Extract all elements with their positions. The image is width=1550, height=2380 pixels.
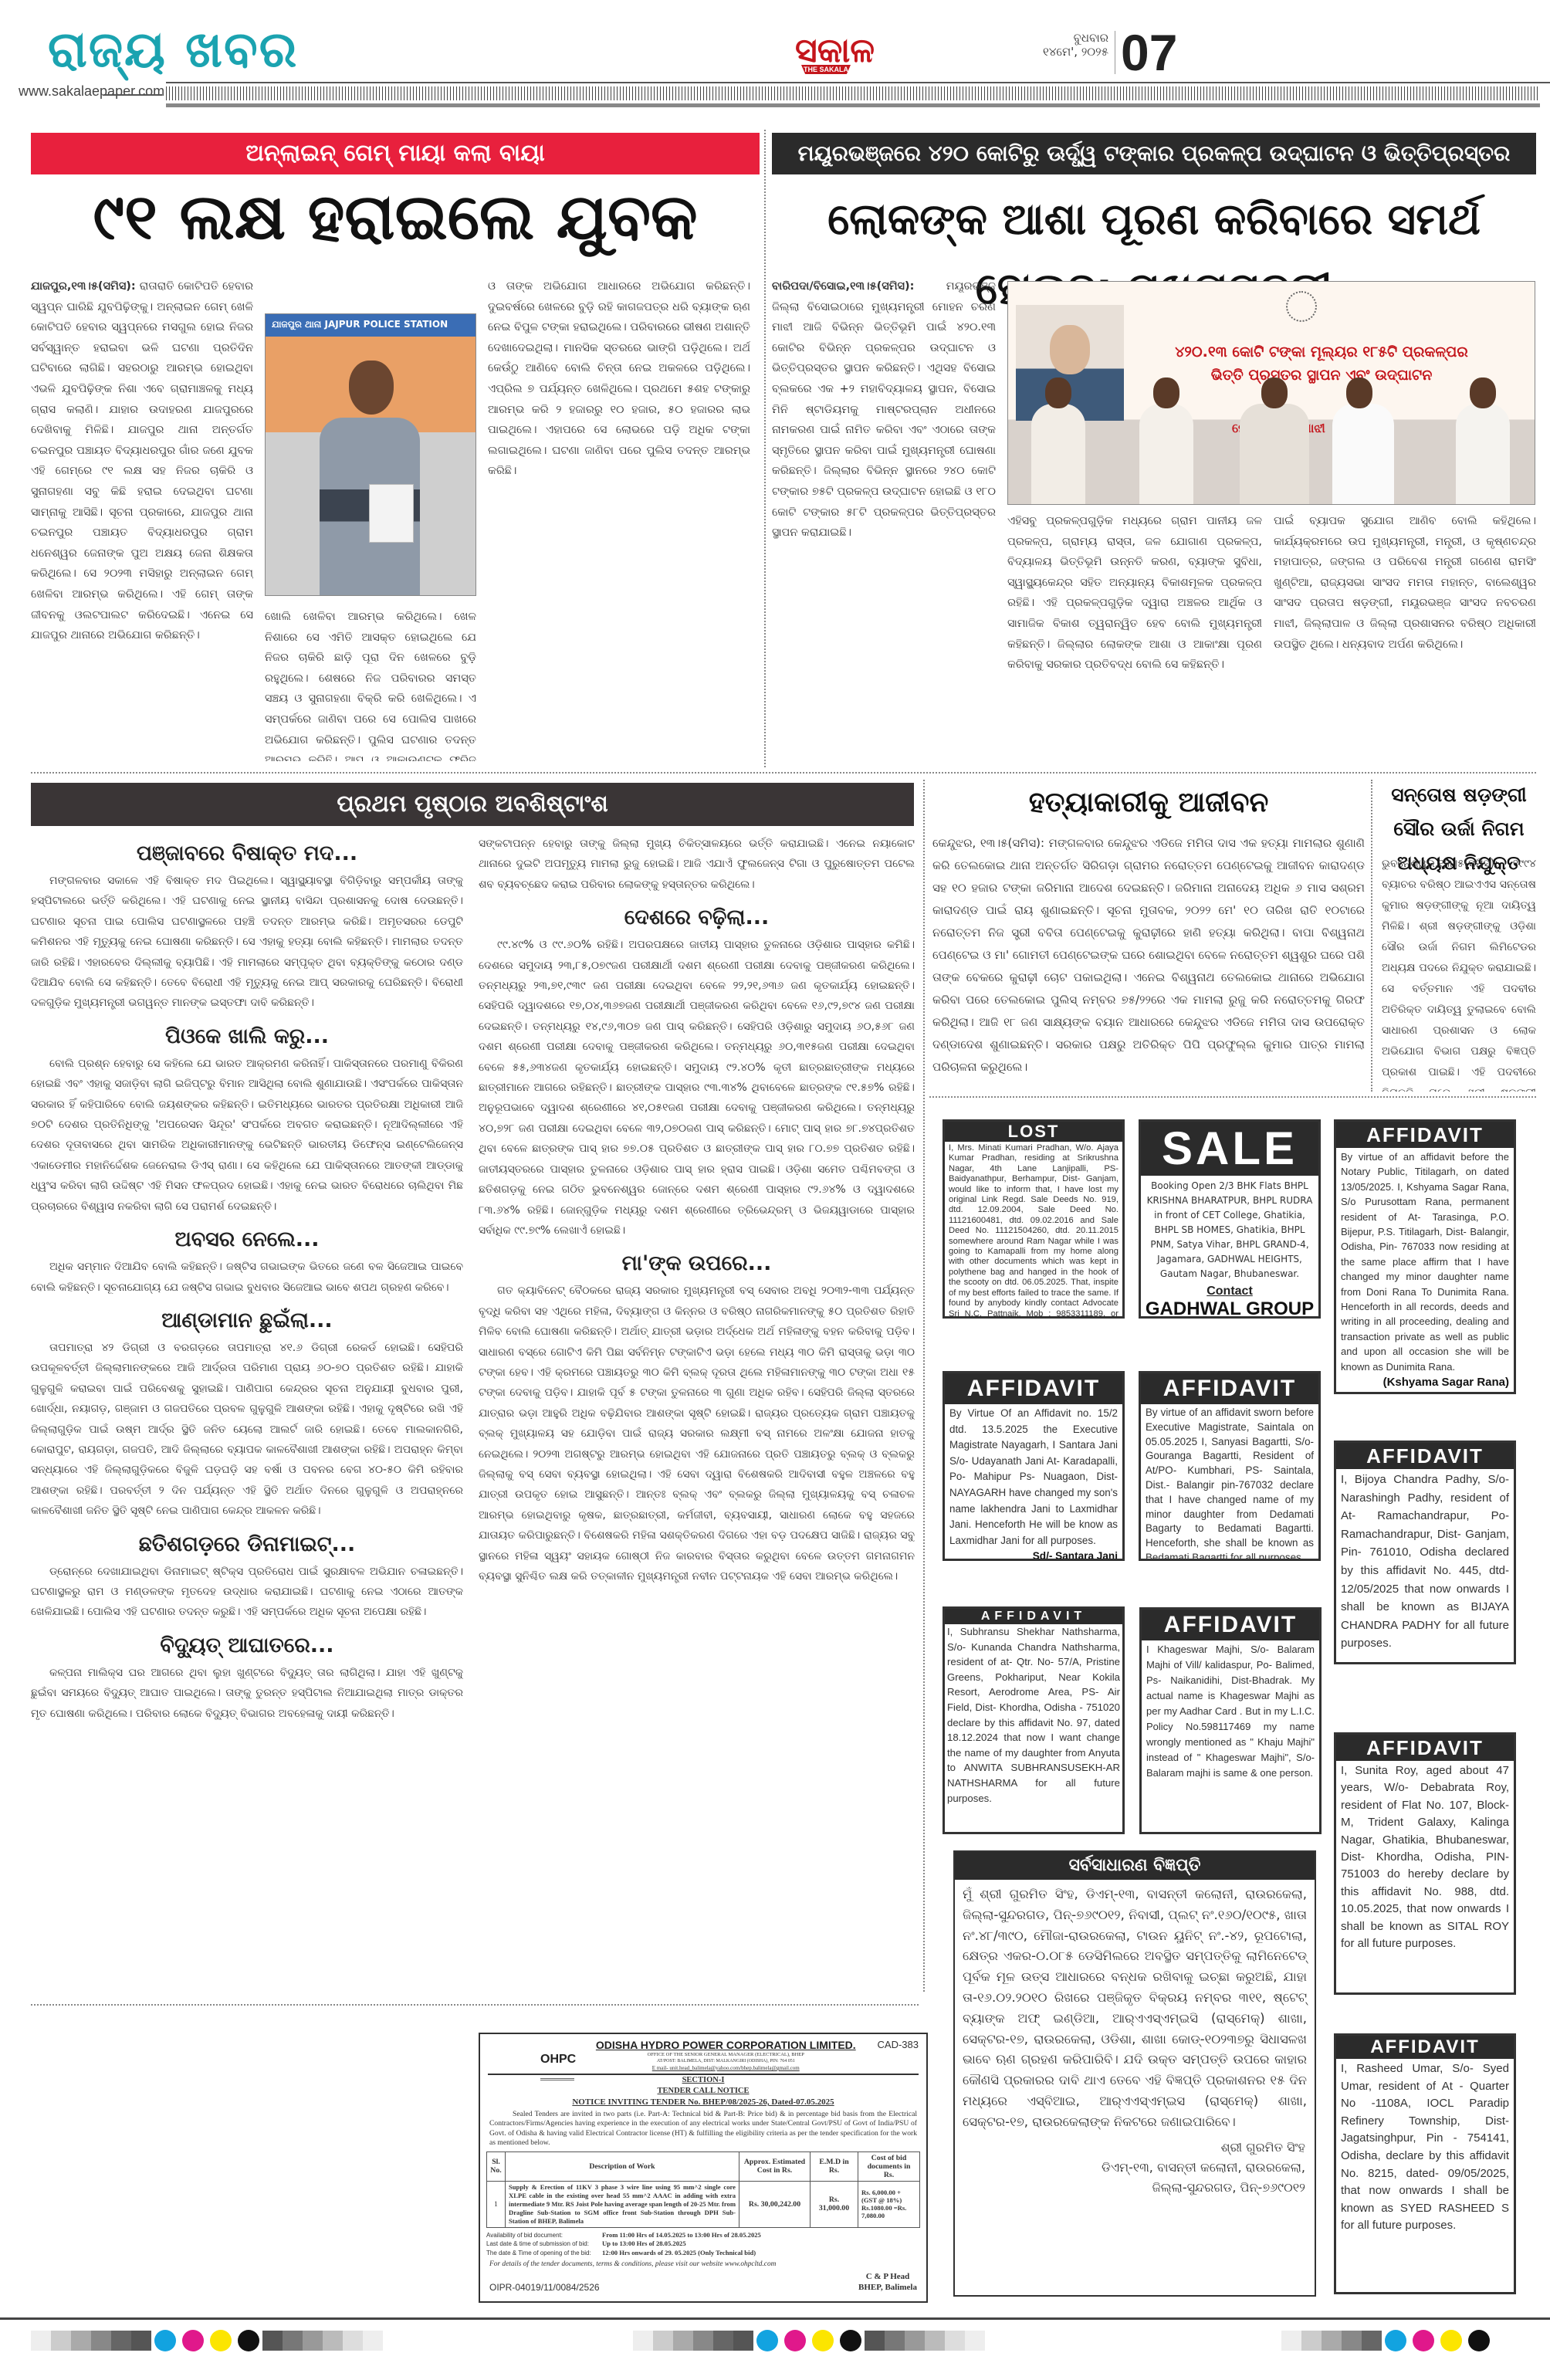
event-person <box>1456 404 1510 504</box>
cyan-dot <box>1385 2330 1406 2351</box>
affidavit-text: I, Sunita Roy, aged about 47 years, W/o-… <box>1336 1761 1514 1954</box>
tender-table: Sl. No. Description of Work Approx. Esti… <box>486 2151 920 2228</box>
remainder-heading[interactable]: ପିଓକେ ଖାଲି କରୁ... <box>31 1024 463 1049</box>
sale-ad-contact-label: Contact <box>1141 1285 1318 1298</box>
event-person <box>1139 404 1193 504</box>
remainder-heading[interactable]: ଛତିଶଗଡ଼ରେ ଡିନାମାଇଟ୍... <box>31 1532 463 1557</box>
affidavit-title: AFFIDAVIT <box>1336 1122 1514 1148</box>
side-story-text: ଭୁବନେଶ୍ୱର,୧୩।୫(ସମିସ): ୧୯୯୪ ବ୍ୟାଚର ବରିଷ୍ଠ… <box>1382 854 1536 1092</box>
public-notice-text: ମୁଁ ଶ୍ରୀ ଗୁରମିତ ସିଂହ, ଡିଏମ୍-୧୩, ବାସନ୍ତୀ … <box>955 1880 1315 2138</box>
story-left-col3: ଓ ତାଙ୍କ ଅଭିଯୋଗ ଆଧାରରେ ଅଭିଯୋଗ କରିଛନ୍ତି। ଦ… <box>488 276 750 763</box>
story-left-headline[interactable]: ୯୧ ଲକ୍ଷ ହରାଇଲେ ଯୁବକ <box>31 179 760 256</box>
remainder-text: ଅଧିକ ସମ୍ମାନ ଦିଆଯିବ ବୋଲି କହିଛନ୍ତି। ଜଷ୍ଟିସ… <box>31 1257 463 1298</box>
remainder-text: କଳ୍ପନା ମାଲିକ୍ସ ଘର ଆଗରେ ଥିବା ଲୁହା ଖୁଣ୍ଟରେ… <box>31 1663 463 1724</box>
affidavit-text: I, Subhransu Shekhar Nathsharma, S/o- Ku… <box>945 1624 1122 1806</box>
yellow-dot <box>210 2330 232 2351</box>
document-held <box>369 484 414 543</box>
affidavit-title: AFFIDAVIT <box>1141 1373 1318 1404</box>
logo-tagline: THE SAKALA <box>801 65 851 74</box>
remainder-heading[interactable]: ପଞ୍ଜାବରେ ବିଷାକ୍ତ ମଦ... <box>31 841 463 866</box>
affidavit-ad[interactable]: AFFIDAVIT I, Rasheed Umar, S/o- Syed Uma… <box>1334 2033 1516 2294</box>
yellow-dot <box>812 2330 834 2351</box>
murder-story-headline[interactable]: ହତ୍ୟାକାରୀକୁ ଆଜୀବନ <box>932 780 1365 826</box>
url-divider <box>103 94 162 96</box>
lost-ad[interactable]: LOST I, Mrs. Minati Kumari Pradhan, W/o.… <box>943 1119 1125 1319</box>
tender-divider <box>31 2004 919 2006</box>
event-person <box>1332 404 1394 504</box>
remainder-text: ବୋଲି ପ୍ରଶ୍ନ ହେବାରୁ ସେ କହିଲେ ଯେ ଭାରତ ଆକ୍ର… <box>31 1054 463 1217</box>
newspaper-logo: ସକାଳ <box>795 31 875 70</box>
story-right-col2: ଏହିସବୁ ପ୍ରକଳ୍ପଗୁଡ଼ିକ ମଧ୍ୟରେ ଗ୍ରାମ ପାନୀୟ … <box>1007 511 1262 763</box>
story-left-col2: ଖୋଲି ଖେଳିବା ଆରମ୍ଭ କରିଥିଲେ। ଖେଳ ନିଶାରେ ସେ… <box>265 607 476 761</box>
state-emblem-icon <box>1286 291 1317 322</box>
remainder-text: ଡ୍ରୋନ୍‌ରେ ଦେଖାଯାଇଥିବା ଡିନାମାଇଟ୍ ଷ୍ଟିକ୍ସ … <box>31 1562 463 1623</box>
tender-oipr-code: OIPR-04019/11/0084/2526 <box>489 2282 600 2293</box>
remainder-right-column: ସଙ୍କଟାପନ୍ନ ହେବାରୁ ତାଙ୍କୁ ଜିଲ୍ଲା ମୁଖ୍ୟ ଚି… <box>479 834 915 1976</box>
magenta-dot <box>1413 2330 1434 2351</box>
event-banner: ୪୨୦.୧୩ କୋଟି ଟଙ୍କା ମୂଲ୍ୟର ୧୮୫ଟି ପ୍ରକଳ୍ପର … <box>1124 340 1519 387</box>
header-rule <box>166 82 1550 83</box>
ohpc-logo-icon: OHPC <box>540 2039 574 2080</box>
remainder-text: ୯୯.୪୯% ଓ ୯୯.୬୦% ରହିଛି। ଅପରପକ୍ଷରେ ଜାତୀୟ ପ… <box>479 935 915 1241</box>
public-notice-title: ସର୍ବସାଧାରଣ ବିଜ୍ଞପ୍ତି <box>955 1852 1315 1880</box>
column-divider <box>923 780 925 1992</box>
header-barcode-stripe <box>166 86 1540 100</box>
story-right-dateline: ବାରିପଦା/ବିସୋଇ,୧୩।୫(ସମିସ): <box>772 280 914 293</box>
lost-ad-title: LOST <box>945 1122 1122 1142</box>
sale-ad-text: Booking Open 2/3 BHK Flats BHPL KRISHNA … <box>1141 1176 1318 1285</box>
section-title: ରାଜ୍ୟ ଖବର <box>48 22 298 79</box>
affidavit-title: AFFIDAVIT <box>1336 1735 1514 1761</box>
public-notice-signature: ଶ୍ରୀ ଗୁରମିତ ସିଂହ ଡିଏମ୍-୧୩, ବାସନ୍ତୀ କଲୋନୀ… <box>955 2138 1315 2198</box>
cyan-dot <box>154 2330 176 2351</box>
story-left-kicker: ଅନ୍‌ଲାଇନ୍ ଗେମ୍ ମାୟା କଲା ବାୟା <box>31 133 760 174</box>
page-number-divider <box>1115 31 1115 74</box>
magenta-dot <box>784 2330 806 2351</box>
tender-email[interactable]: E mail- unit.head_balimela@yahoo.com/bhe… <box>580 2064 871 2072</box>
remainder-heading[interactable]: ଦେଶରେ ବଢ଼ିଲା... <box>479 906 915 930</box>
story-left-col1: ଯାଜପୁର,୧୩।୫(ସମିସ): ରାତାରାତି କୋଟିପତି ହେବା… <box>31 276 253 763</box>
tender-col-header: E.M.D in Rs. <box>811 2151 858 2181</box>
affidavit-title: AFFIDAVIT <box>1336 2036 1514 2059</box>
issue-day: ବୁଧବାର <box>1065 31 1108 45</box>
remainder-heading[interactable]: ଅବସର ନେଲେ... <box>31 1227 463 1252</box>
black-dot <box>1468 2330 1490 2351</box>
remainder-heading[interactable]: ବିଦ୍ୟୁତ୍ ଆଘାତରେ... <box>31 1633 463 1658</box>
ads-divider <box>929 1096 1536 1098</box>
magenta-dot <box>182 2330 204 2351</box>
section-divider <box>31 772 1536 774</box>
tender-schedule: Availability of bid document:From 11:00 … <box>480 2229 926 2260</box>
color-registration-strip <box>633 2330 985 2351</box>
affidavit-ad[interactable]: AFFIDAVIT I, Bijoya Chandra Padhy, S/o- … <box>1334 1441 1516 1664</box>
public-notice-address1: ଡିଏମ୍-୧୩, ବାସନ୍ତୀ କଲୋନୀ, ରାଉରକେଲା, <box>964 2158 1305 2178</box>
tender-schedule-row: Last date & time of submission of bid:Up… <box>486 2240 920 2249</box>
issue-date: ବୁଧବାର ୧୪ମେ', ୨୦୨୫ <box>1065 31 1108 59</box>
story-right-photo[interactable]: ୪୨୦.୧୩ କୋଟି ଟଙ୍କା ମୂଲ୍ୟର ୧୮୫ଟି ପ୍ରକଳ୍ପର … <box>1007 281 1535 505</box>
remainder-text: ସଙ୍କଟାପନ୍ନ ହେବାରୁ ତାଙ୍କୁ ଜିଲ୍ଲା ମୁଖ୍ୟ ଚି… <box>479 834 915 895</box>
tender-nit-number: NOTICE INVITING TENDER No. BHEP/08/2025-… <box>480 2097 926 2108</box>
sale-ad-title: SALE <box>1141 1122 1318 1176</box>
story-right-kicker: ମୟୂରଭଞ୍ଜରେ ୪୨୦ କୋଟିରୁ ଊର୍ଦ୍ଧ୍ୱ ଟଙ୍କାର ପ୍… <box>772 133 1536 174</box>
tender-cad-number: CAD-383 <box>878 2039 919 2050</box>
black-dot <box>238 2330 259 2351</box>
remainder-left-column: ପଞ୍ଜାବରେ ବିଷାକ୍ତ ମଦ... ମଙ୍ଗଳବାର ସକାଳେ ଏହ… <box>31 834 463 1992</box>
remainder-text: ତାପମାତ୍ରା ୪୨ ଡିଗ୍ରୀ ଓ ବରଗଡ଼ରେ ତାପମାତ୍ରା … <box>31 1338 463 1522</box>
sale-ad-company: GADHWAL GROUP <box>1141 1298 1318 1319</box>
tender-col-header: Sl. No. <box>487 2151 506 2181</box>
story-left-dateline: ଯାଜପୁର,୧୩।୫(ସମିସ): <box>31 280 136 293</box>
tender-schedule-row: Availability of bid document:From 11:00 … <box>486 2231 920 2240</box>
tender-notice[interactable]: OHPC ODISHA HYDRO POWER CORPORATION LIMI… <box>479 2033 928 2303</box>
tender-intro: Sealed Tenders are invited in two parts … <box>480 2108 926 2150</box>
story-left-col1-text: ରାତାରାତି କୋଟିପତି ହେବାର ସ୍ୱପ୍ନ ଘାରିଛି ଯୁବ… <box>31 280 253 642</box>
police-station-sign: ଯାଜପୁର ଥାନା JAJPUR POLICE STATION <box>272 319 469 330</box>
public-notice-ad[interactable]: ସର୍ବସାଧାରଣ ବିଜ୍ଞପ୍ତି ମୁଁ ଶ୍ରୀ ଗୁରମିତ ସିଂ… <box>953 1850 1316 2297</box>
affidavit-title: AFFIDAVIT <box>945 1373 1122 1404</box>
tender-col-header: Cost of bid documents in Rs. <box>858 2151 920 2181</box>
affidavit-ad[interactable]: AFFIDAVIT By Virtue Of an Affidavit no. … <box>943 1371 1125 1561</box>
column-divider <box>1371 780 1372 1092</box>
tender-details[interactable]: For details of the tender documents, ter… <box>480 2259 926 2270</box>
remainder-text: ମଙ୍ଗଳବାର ସକାଳେ ଏହି ବିଷାକ୍ତ ମଦ ପିଇଥିଲେ। ସ… <box>31 871 463 1014</box>
story-right-col1: ବାରିପଦା/ବିସୋଇ,୧୩।୫(ସମିସ): ମୟୂରଭଞ୍ଜ ଜିଲ୍ଲ… <box>772 276 996 763</box>
lost-ad-text: I, Mrs. Minati Kumari Pradhan, W/o. Ajay… <box>945 1142 1122 1319</box>
affidavit-ad[interactable]: AFFIDAVIT By virtue of an affidavit swor… <box>1139 1371 1321 1561</box>
affidavit-title: AFFIDAVIT <box>945 1609 1122 1624</box>
remainder-section-title: ପ୍ରଥମ ପୃଷ୍ଠାର ଅବଶିଷ୍ଟାଂଶ <box>31 783 914 826</box>
column-divider <box>764 130 766 767</box>
affidavit-text: By Virtue Of an Affidavit no. 15/2 dtd. … <box>945 1404 1122 1550</box>
public-notice-signer: ଶ୍ରୀ ଗୁରମିତ ସିଂହ <box>964 2138 1305 2158</box>
affidavit-text: By virtue of an affidavit before the Not… <box>1336 1148 1514 1376</box>
portrait-image <box>1016 305 1124 421</box>
color-registration-strip <box>1281 2330 1493 2351</box>
cyan-dot <box>756 2330 778 2351</box>
footer-rule <box>0 2317 1550 2320</box>
event-banner-line1: ୪୨୦.୧୩ କୋଟି ଟଙ୍କା ମୂଲ୍ୟର ୧୮୫ଟି ପ୍ରକଳ୍ପର <box>1124 340 1519 364</box>
tender-signatory: C & P Head BHEP, Balimela <box>858 2271 917 2293</box>
affidavit-title: AFFIDAVIT <box>1142 1610 1319 1640</box>
site-url[interactable]: www.sakalaepaper.com <box>19 83 164 100</box>
affidavit-text: I Khageswar Majhi, S/o- Balaram Majhi of… <box>1142 1640 1319 1782</box>
event-banner-line2: ଭିତ୍ତି ପ୍ରସ୍ତର ସ୍ଥାପନ ଏବଂ ଉଦ୍‌ଘାଟନ <box>1124 364 1519 387</box>
affidavit-ad[interactable]: AFFIDAVIT By virtue of an affidavit befo… <box>1334 1119 1516 1394</box>
black-dot <box>840 2330 861 2351</box>
affidavit-ad[interactable]: AFFIDAVIT I Khageswar Majhi, S/o- Balara… <box>1139 1607 1322 1834</box>
person-figure <box>320 361 420 596</box>
affidavit-text: I, Bijoya Chandra Padhy, S/o- Narashingh… <box>1336 1469 1514 1654</box>
affidavit-signature: Sd/- Santara Jani <box>945 1550 1122 1561</box>
affidavit-ad[interactable]: AFFIDAVIT I, Sunita Roy, aged about 47 y… <box>1334 1732 1516 1995</box>
table-row: 1 Supply & Erection of 11KV 3 phase 3 wi… <box>487 2181 920 2227</box>
event-person <box>1240 404 1309 504</box>
story-right-col3: ପାଇଁ ବ୍ୟାପକ ସୁଯୋଗ ଆଣିବ ବୋଲି କହିଥିଲେ। କାର… <box>1274 511 1536 763</box>
header-rule-thick <box>166 103 1540 107</box>
sale-ad[interactable]: SALE Booking Open 2/3 BHK Flats BHPL KRI… <box>1139 1119 1321 1319</box>
public-notice-address2: ଜିଲ୍ଲା-ସୁନ୍ଦରଗଡ, ପିନ୍-୭୬୯୦୧୨ <box>964 2178 1305 2198</box>
yellow-dot <box>1440 2330 1462 2351</box>
tender-office: OFFICE OF THE SENIOR GENERAL MANAGER (EL… <box>580 2051 871 2058</box>
remainder-heading[interactable]: ମା'ଙ୍କ ଉପରେ... <box>479 1251 915 1276</box>
remainder-heading[interactable]: ଆଣ୍ଡାମାନ ଛୁଇଁଲା... <box>31 1308 463 1333</box>
remainder-text: ଗତ କ୍ୟାବିନେଟ୍ ବୈଠକରେ ରାଜ୍ୟ ସରକାର ମୁଖ୍ୟମନ… <box>479 1281 915 1586</box>
tender-col-header: Approx. Estimated Cost in Rs. <box>739 2151 811 2181</box>
affidavit-signature: (Kshyama Sagar Rana) <box>1336 1376 1514 1392</box>
tender-header: OHPC ODISHA HYDRO POWER CORPORATION LIMI… <box>480 2034 926 2074</box>
murder-story-text: କେନ୍ଦୁଝର, ୧୩।୫(ସମିସ): ମଙ୍ଗଳବାର କେନ୍ଦୁଝର … <box>932 832 1365 1095</box>
story-left-photo[interactable]: ଯାଜପୁର ଥାନା JAJPUR POLICE STATION <box>265 313 476 596</box>
affidavit-text: I, Rasheed Umar, S/o- Syed Umar, residen… <box>1336 2059 1514 2236</box>
affidavit-title: AFFIDAVIT <box>1336 1443 1514 1469</box>
tender-address: AT/POST: BALIMELA, DIST: MALKANGIRI (ODI… <box>580 2058 871 2064</box>
affidavit-text: By virtue of an affidavit sworn before E… <box>1141 1404 1318 1561</box>
story-right-col1-text: ମୟୂରଭଞ୍ଜ ଜିଲ୍ଲା ବିସୋଇଠାରେ ମୁଖ୍ୟମନ୍ତ୍ରୀ ମ… <box>772 280 996 539</box>
tender-schedule-row: The date & Time of opening of the bid:12… <box>486 2249 920 2258</box>
tender-col-header: Description of Work <box>506 2151 739 2181</box>
event-person <box>1031 404 1085 504</box>
issue-date-text: ୧୪ମେ', ୨୦୨୫ <box>1034 45 1108 59</box>
tender-org-name: ODISHA HYDRO POWER CORPORATION LIMITED. <box>580 2039 871 2051</box>
affidavit-ad[interactable]: AFFIDAVIT I, Subhransu Shekhar Nathsharm… <box>943 1606 1125 1834</box>
color-registration-strip <box>31 2330 383 2351</box>
tender-call-title: TENDER CALL NOTICE <box>480 2086 926 2097</box>
page-number: 07 <box>1121 23 1177 82</box>
